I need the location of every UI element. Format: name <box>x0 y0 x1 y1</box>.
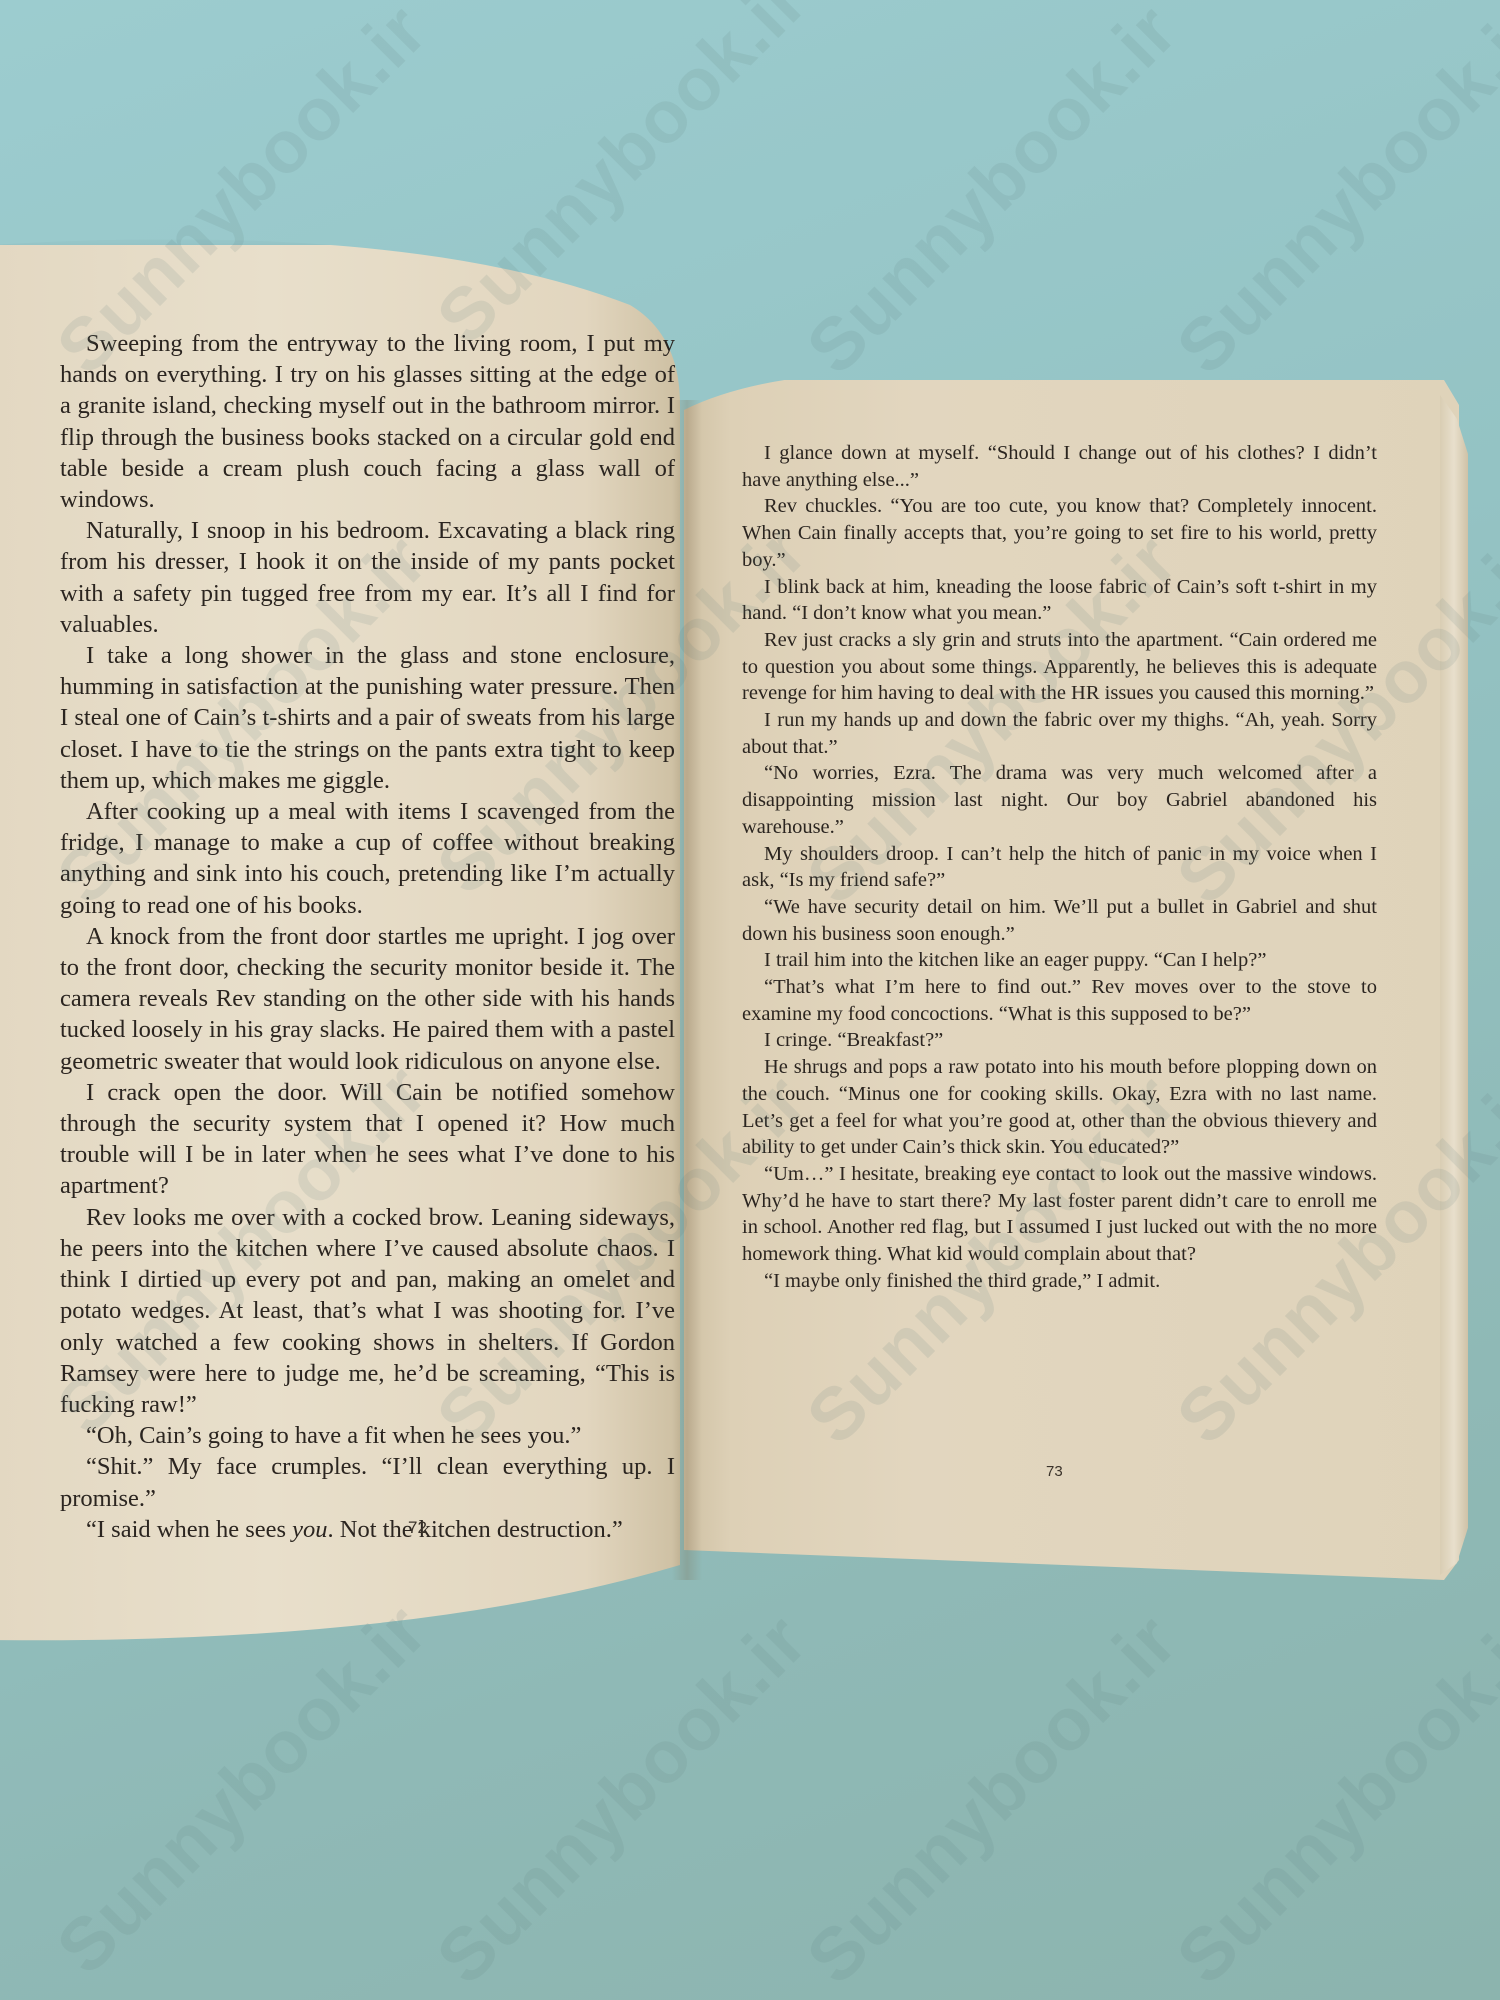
right-page-text: I glance down at myself. “Should I chang… <box>742 440 1377 1295</box>
text-run: “I said when he sees <box>86 1516 292 1543</box>
text-run: . Not the kitchen destruction.” <box>328 1516 623 1543</box>
watermark: Sunnybook.ir <box>420 1597 823 2000</box>
paragraph: A knock from the front door startles me … <box>60 921 675 1077</box>
paragraph: “I maybe only finished the third grade,”… <box>742 1268 1377 1295</box>
paragraph: “We have security detail on him. We’ll p… <box>742 894 1377 947</box>
watermark: Sunnybook.ir <box>40 1587 443 1990</box>
paragraph: I trail him into the kitchen like an eag… <box>742 947 1377 974</box>
paragraph: “Oh, Cain’s going to have a fit when he … <box>60 1420 675 1451</box>
emphasis-text: you <box>292 1516 327 1543</box>
paragraph: I crack open the door. Will Cain be noti… <box>60 1077 675 1202</box>
paragraph: Rev just cracks a sly grin and struts in… <box>742 627 1377 707</box>
paragraph: Sweeping from the entryway to the living… <box>60 328 675 515</box>
page-number-left: 72 <box>408 1518 427 1538</box>
paragraph-last: “I said when he sees you. Not the kitche… <box>60 1514 675 1545</box>
book-spine <box>672 400 702 1580</box>
paragraph: “That’s what I’m here to find out.” Rev … <box>742 974 1377 1027</box>
paragraph: I blink back at him, kneading the loose … <box>742 574 1377 627</box>
watermark: Sunnybook.ir <box>790 1597 1193 2000</box>
paragraph: I take a long shower in the glass and st… <box>60 640 675 796</box>
page-stack-edge <box>1440 395 1468 1575</box>
paragraph: I glance down at myself. “Should I chang… <box>742 440 1377 493</box>
paragraph: After cooking up a meal with items I sca… <box>60 796 675 921</box>
paragraph: He shrugs and pops a raw potato into his… <box>742 1054 1377 1161</box>
paragraph: I cringe. “Breakfast?” <box>742 1027 1377 1054</box>
paragraph: “Shit.” My face crumples. “I’ll clean ev… <box>60 1451 675 1513</box>
page-number-right: 73 <box>1046 1463 1063 1480</box>
watermark: Sunnybook.ir <box>790 0 1193 390</box>
left-page-text: Sweeping from the entryway to the living… <box>60 328 675 1545</box>
watermark: Sunnybook.ir <box>1160 0 1500 390</box>
paragraph: Rev looks me over with a cocked brow. Le… <box>60 1202 675 1420</box>
paragraph: “No worries, Ezra. The drama was very mu… <box>742 760 1377 840</box>
paragraph: I run my hands up and down the fabric ov… <box>742 707 1377 760</box>
paragraph: Naturally, I snoop in his bedroom. Excav… <box>60 515 675 640</box>
paragraph: “Um…” I hesitate, breaking eye contact t… <box>742 1161 1377 1268</box>
paragraph: Rev chuckles. “You are too cute, you kno… <box>742 493 1377 573</box>
watermark: Sunnybook.ir <box>1160 1597 1500 2000</box>
paragraph: My shoulders droop. I can’t help the hit… <box>742 841 1377 894</box>
